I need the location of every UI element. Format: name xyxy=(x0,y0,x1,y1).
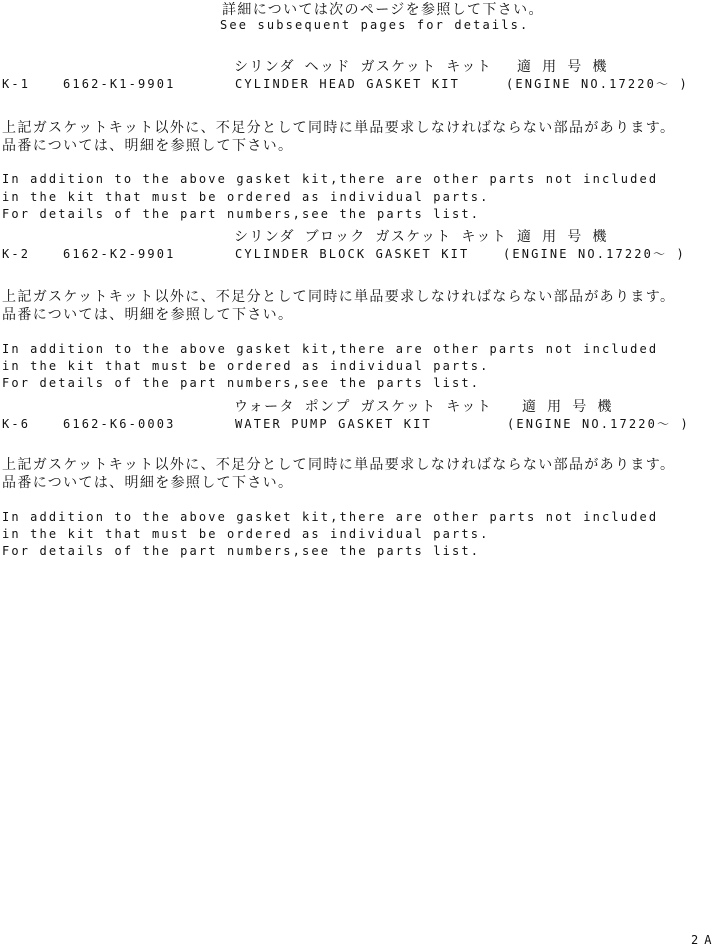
intro-note-jp: 詳細については次のページを参照して下さい。 xyxy=(222,3,713,18)
note-en-line2: in the kit that must be ordered as indiv… xyxy=(2,191,713,204)
note-en-line2: in the kit that must be ordered as indiv… xyxy=(2,360,713,373)
kit-code: K-1 xyxy=(2,78,30,91)
kit-name-en: CYLINDER HEAD GASKET KIT xyxy=(235,78,460,91)
note-jp-line2: 品番については、明細を参照して下さい。 xyxy=(2,139,713,154)
note-en-line3: For details of the part numbers,see the … xyxy=(2,545,713,558)
note-en-line1: In addition to the above gasket kit,ther… xyxy=(2,173,713,186)
engine-range: (ENGINE NO.17220～ ) xyxy=(507,418,690,431)
note-jp-line2: 品番については、明細を参照して下さい。 xyxy=(2,476,713,491)
note-jp-line1: 上記ガスケットキット以外に、不足分として同時に単品要求しなければならない部品があ… xyxy=(2,458,713,473)
page-number: 2A xyxy=(691,933,713,947)
note-jp-line1: 上記ガスケットキット以外に、不足分として同時に単品要求しなければならない部品があ… xyxy=(2,290,713,305)
kit-part-number: 6162-K2-9901 xyxy=(63,248,176,261)
note-en-line3: For details of the part numbers,see the … xyxy=(2,377,713,390)
note-en-line2: in the kit that must be ordered as indiv… xyxy=(2,528,713,541)
kit-name-jp: ウォータ ポンプ ガスケット キット xyxy=(234,400,492,415)
kit-code: K-2 xyxy=(2,248,30,261)
applicable-engines-label: 適 用 号 機 xyxy=(522,400,613,415)
kit-part-number: 6162-K6-0003 xyxy=(63,418,176,431)
kit-part-number: 6162-K1-9901 xyxy=(63,78,176,91)
engine-range: (ENGINE NO.17220～ ) xyxy=(506,78,689,91)
applicable-engines-label: 適 用 号 機 xyxy=(517,60,608,75)
note-en-line3: For details of the part numbers,see the … xyxy=(2,208,713,221)
kit-name-en: WATER PUMP GASKET KIT xyxy=(235,418,432,431)
kit-name-jp: シリンダ ヘッド ガスケット キット xyxy=(234,60,492,75)
note-jp-line2: 品番については、明細を参照して下さい。 xyxy=(2,308,713,323)
intro-note-en: See subsequent pages for details. xyxy=(220,19,713,32)
note-en-line1: In addition to the above gasket kit,ther… xyxy=(2,343,713,356)
engine-range: (ENGINE NO.17220～ ) xyxy=(503,248,686,261)
kit-name-jp: シリンダ ブロック ガスケット キット xyxy=(234,230,507,245)
note-en-line1: In addition to the above gasket kit,ther… xyxy=(2,511,713,524)
applicable-engines-label: 適 用 号 機 xyxy=(517,230,608,245)
note-jp-line1: 上記ガスケットキット以外に、不足分として同時に単品要求しなければならない部品があ… xyxy=(2,121,713,136)
document-page: 詳細については次のページを参照して下さい。 See subsequent pag… xyxy=(0,0,713,950)
kit-code: K-6 xyxy=(2,418,30,431)
kit-name-en: CYLINDER BLOCK GASKET KIT xyxy=(235,248,469,261)
